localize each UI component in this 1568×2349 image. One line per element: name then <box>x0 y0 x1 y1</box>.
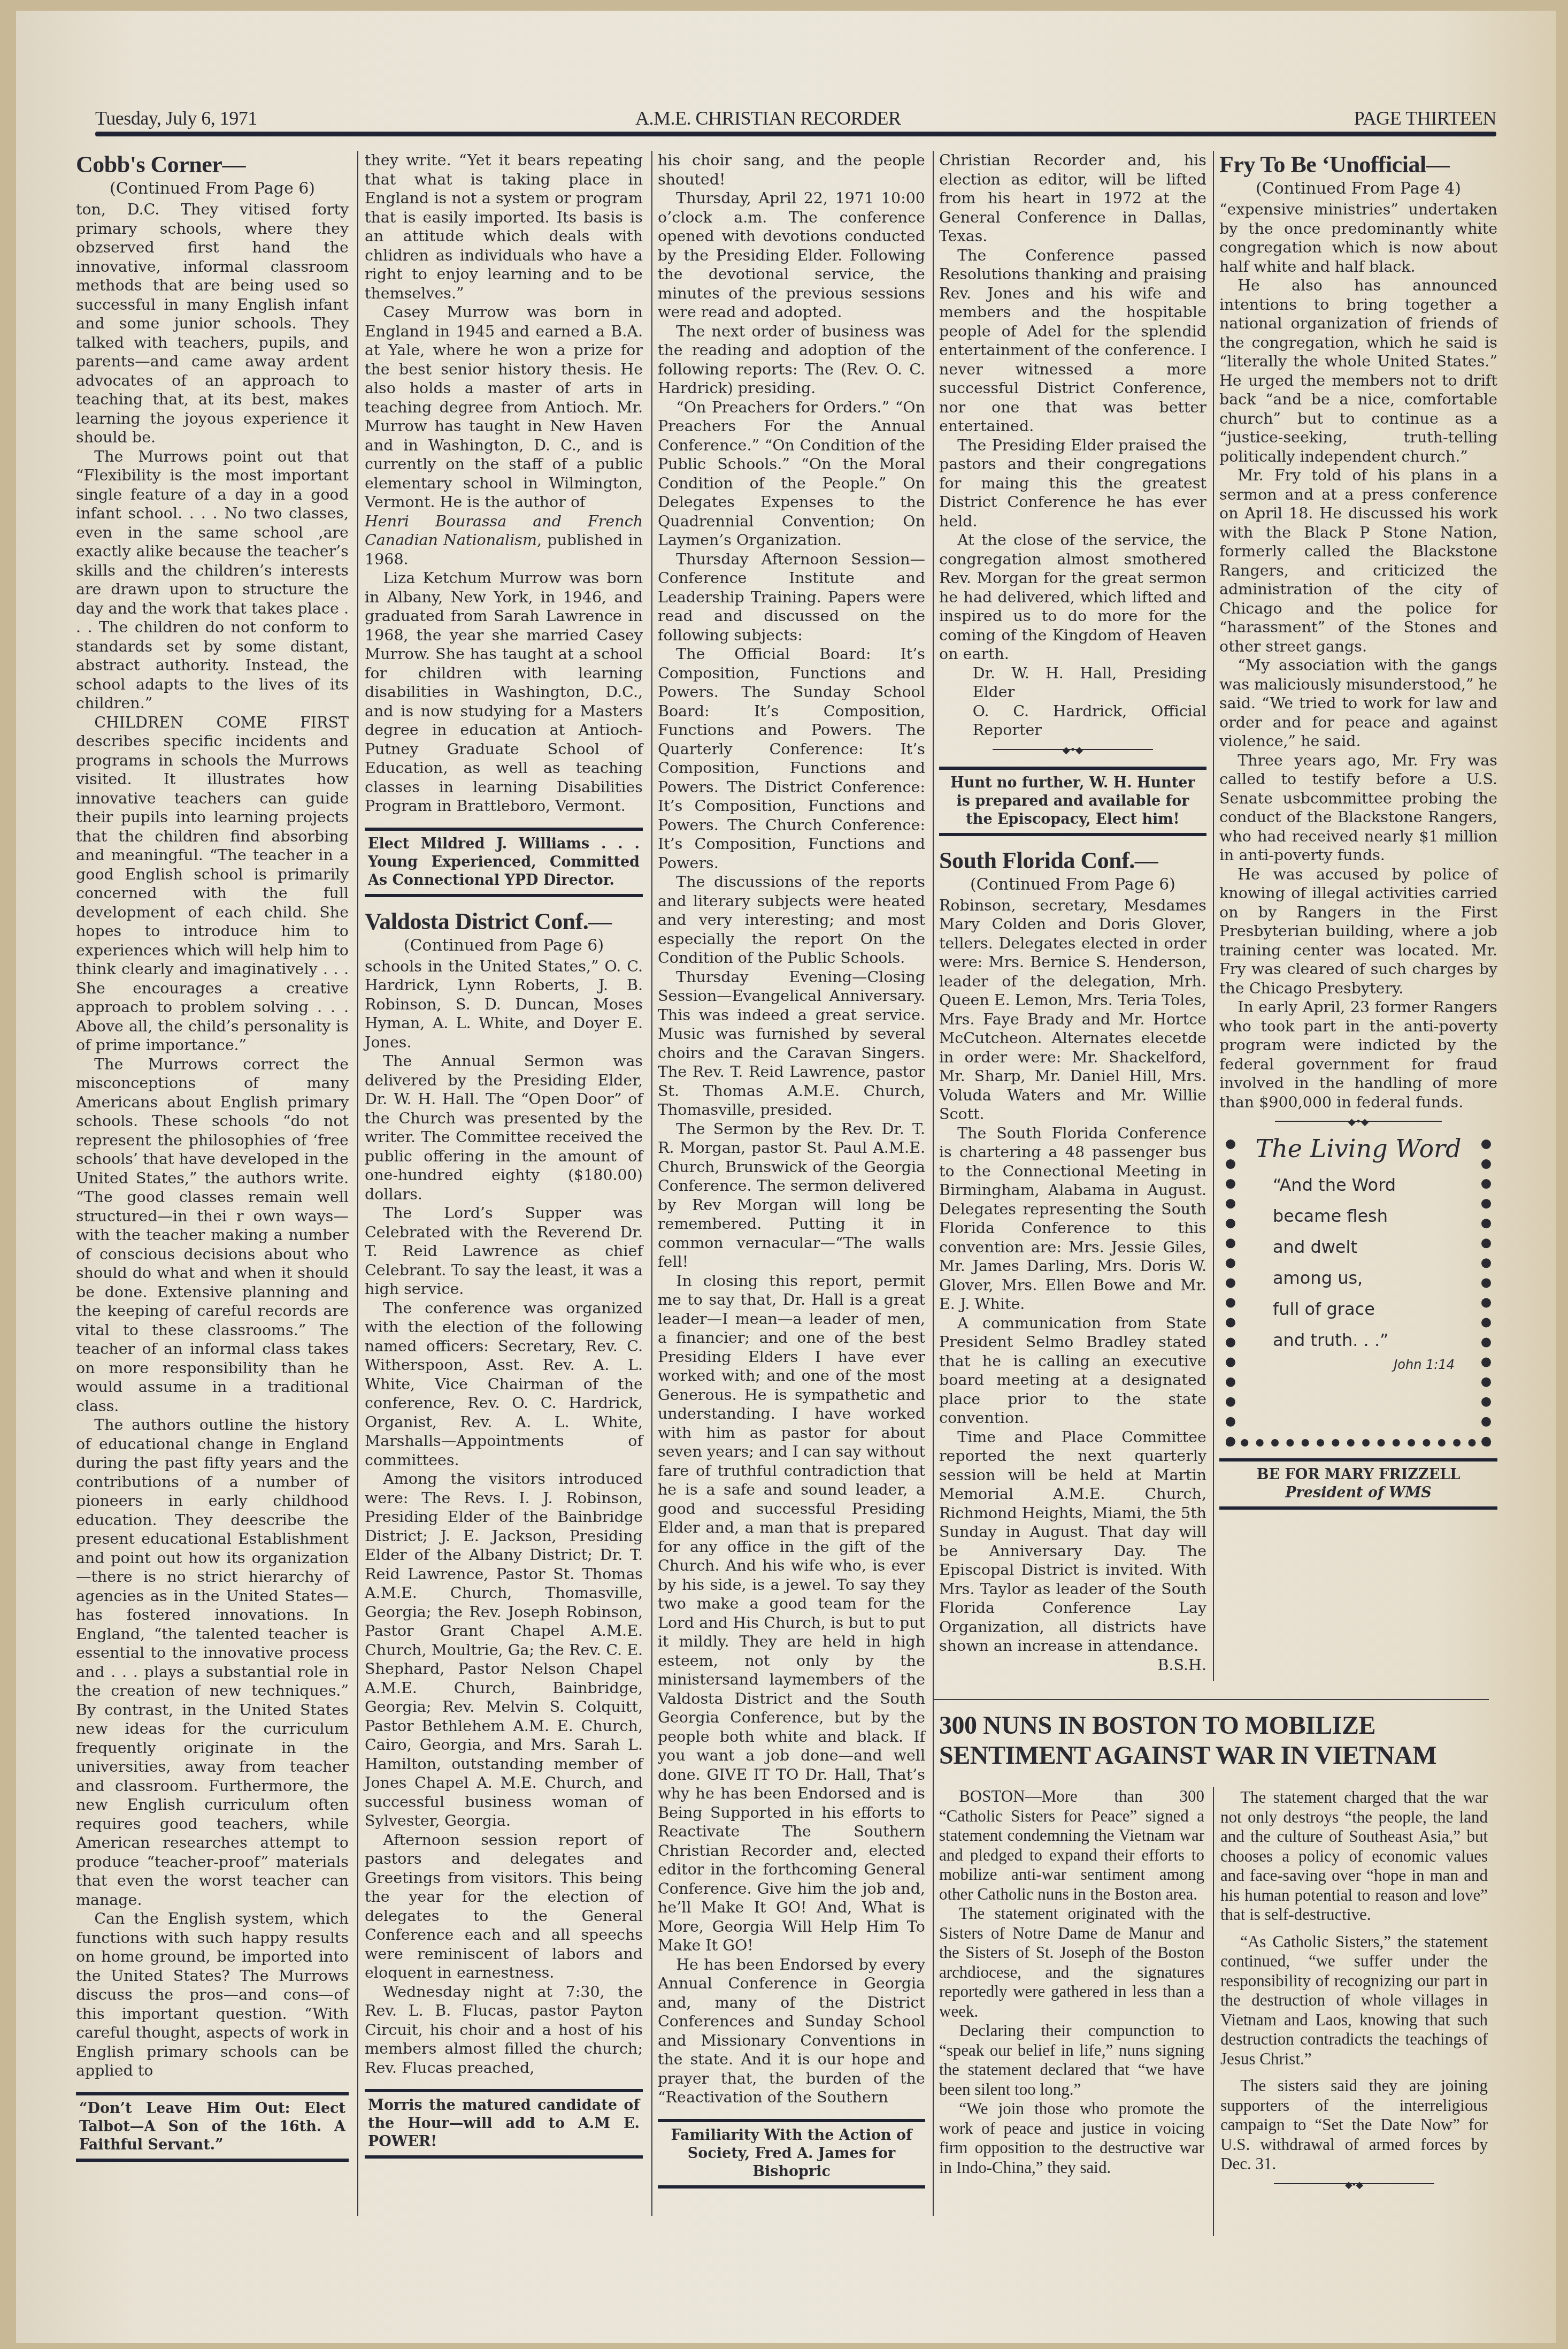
living-word-verse: “And the Word became flesh and dwelt amo… <box>1246 1169 1471 1356</box>
column-divider <box>933 151 934 2216</box>
article-paragraph: The Murrows point out that “Flexibility … <box>76 447 349 713</box>
living-word-title: The Living Word <box>1246 1139 1471 1159</box>
column-divider <box>1213 1787 1214 2236</box>
section-rule <box>933 1699 1489 1700</box>
article-paragraph: schools in the United States,” O. C. Har… <box>365 957 643 1052</box>
article-paragraph: The Presiding Elder praised the pastors … <box>939 436 1206 531</box>
article-paragraph: “As Catholic Sisters,” the statement con… <box>1220 1932 1488 2069</box>
article-paragraph: “My association with the gangs was malic… <box>1219 656 1497 751</box>
article-paragraph: Thursday Afternoon Session—Conference In… <box>658 550 925 645</box>
article-paragraph: The South Florida Conference is charteri… <box>939 1124 1206 1314</box>
article-paragraph: The statement originated with the Sister… <box>939 1904 1204 2021</box>
living-word-box: The Living Word “And the Word became fle… <box>1226 1139 1491 1447</box>
article-paragraph: The authors outline the history of educa… <box>76 1415 349 1909</box>
article-paragraph: Time and Place Committee reported the ne… <box>939 1428 1206 1656</box>
article-paragraph: The Sermon by the Rev. Dr. T. R. Morgan,… <box>658 1120 925 1272</box>
article-paragraph: Robinson, secretary, Mesdames Mary Colde… <box>939 896 1206 1124</box>
article-paragraph: “On Preachers for Orders.” “On Preachers… <box>658 398 925 550</box>
continued-note: (Continued From Page 6) <box>939 875 1206 895</box>
article-paragraph: Casey Murrow was born in England in 1945… <box>365 303 643 512</box>
article-paragraph: In early April, 23 former Rangers who to… <box>1219 998 1497 1112</box>
article-paragraph: Thursday Evening—Closing Session—Evangel… <box>658 968 925 1120</box>
cobbs-corner-headline: Cobb's Corner— <box>76 151 349 179</box>
page-number: PAGE THIRTEEN <box>1354 107 1496 129</box>
article-paragraph: Can the English system, which functions … <box>76 1909 349 2080</box>
article-paragraph: The Lord’s Supper was Celebrated with th… <box>365 1204 643 1299</box>
article-paragraph: Wednesday night at 7:30, the Rev. L. B. … <box>365 1983 643 2078</box>
article-paragraph: He also has announced intentions to brin… <box>1219 276 1497 466</box>
article-paragraph: The statement charged that the war not o… <box>1220 1788 1488 1925</box>
fry-headline: Fry To Be ‘Unofficial— <box>1219 151 1497 179</box>
article-paragraph: Three years ago, Mr. Fry was called to t… <box>1219 751 1497 865</box>
article-paragraph: Thursday, April 22, 1971 10:00 o’clock a… <box>658 189 925 322</box>
article-paragraph: The Murrows correct the misconceptions o… <box>76 1055 349 1416</box>
article-paragraph: Among the visitors introduced were: The … <box>365 1470 643 1831</box>
article-paragraph: In closing this report, permit me to say… <box>658 1272 925 1955</box>
article-paragraph: The Official Board: It’s Composition, Fu… <box>658 645 925 873</box>
article-paragraph: At the close of the service, the congreg… <box>939 531 1206 664</box>
signature-hardrick: O. C. Hardrick, Official Reporter <box>939 702 1206 740</box>
article-paragraph: Declaring their compunction to “speak ou… <box>939 2021 1204 2099</box>
nuns-headline: 300 NUNS IN BOSTON TO MOBILIZE SENTIMENT… <box>939 1711 1495 1771</box>
article-paragraph: A communication from State President Sel… <box>939 1314 1206 1428</box>
article-paragraph: “We join those who promote the work of p… <box>939 2099 1204 2177</box>
newspaper-page: Tuesday, July 6, 1971 A.M.E. CHRISTIAN R… <box>16 11 1556 2343</box>
article-paragraph: his choir sang, and the people shouted! <box>658 151 925 189</box>
article-paragraph: The Annual Sermon was delivered by the P… <box>365 1052 643 1204</box>
nuns-column-left: BOSTON—More than 300 “Catholic Sisters f… <box>939 1787 1204 2177</box>
ornament-divider <box>1275 1116 1442 1127</box>
column-1: Cobb's Corner— (Continued From Page 6) t… <box>76 151 349 2172</box>
column-divider <box>1213 151 1214 1681</box>
south-florida-headline: South Florida Conf.— <box>939 847 1206 875</box>
article-paragraph: He has been Endorsed by every Annual Con… <box>658 1955 925 2107</box>
ad-frizzell: BE FOR MARY FRIZZELL President of WMS <box>1219 1458 1497 1510</box>
nuns-column-right: The statement charged that the war not o… <box>1220 1788 1488 2193</box>
article-paragraph: “expensive ministries” undertaken by the… <box>1219 200 1497 276</box>
article-paragraph: Liza Ketchum Murrow was born in Albany, … <box>365 569 643 816</box>
column-divider <box>651 151 652 2216</box>
ornament-divider <box>993 744 1153 755</box>
article-paragraph: Christian Recorder and, his election as … <box>939 151 1206 246</box>
publication-name: A.M.E. CHRISTIAN RECORDER <box>635 107 901 129</box>
article-paragraph: Afternoon session report of pastors and … <box>365 1831 643 1983</box>
article-paragraph: The sisters said they are joining suppor… <box>1220 2076 1488 2174</box>
article-paragraph: CHILDREN COME FIRST describes specific i… <box>76 713 349 1055</box>
article-paragraph: BOSTON—More than 300 “Catholic Sisters f… <box>939 1787 1204 1904</box>
column-5: Fry To Be ‘Unofficial— (Continued From P… <box>1219 151 1497 1520</box>
ad-williams: Elect Mildred J. Williams . . . Young Ex… <box>365 828 643 897</box>
issue-date: Tuesday, July 6, 1971 <box>95 107 257 129</box>
byline: B.S.H. <box>939 1656 1206 1675</box>
column-3: his choir sang, and the people shouted! … <box>658 151 925 2199</box>
ad-hunter: Hunt no further, W. H. Hunter is prepare… <box>939 767 1206 836</box>
article-paragraph: ton, D.C. They vitised forty primary sch… <box>76 200 349 447</box>
valdosta-headline: Valdosta District Conf.— <box>365 908 643 936</box>
column-divider <box>357 151 358 2216</box>
page-header: Tuesday, July 6, 1971 A.M.E. CHRISTIAN R… <box>95 107 1496 134</box>
ornament-divider <box>1274 2178 1434 2189</box>
ad-morris: Morris the matured candidate of the Hour… <box>365 2089 643 2159</box>
ad-talbot: “Don’t Leave Him Out: Elect Talbot—A Son… <box>76 2092 349 2162</box>
continued-note: (Continued From Page 6) <box>76 179 349 199</box>
article-paragraph: Mr. Fry told of his plans in a sermon an… <box>1219 466 1497 656</box>
scripture-reference: John 1:14 <box>1246 1356 1471 1375</box>
article-paragraph: The discussions of the reports and liter… <box>658 873 925 968</box>
article-paragraph: they write. “Yet it bears repeating that… <box>365 151 643 303</box>
continued-note: (Continued from Page 6) <box>365 936 643 956</box>
article-paragraph: The conference was organized with the el… <box>365 1299 643 1470</box>
article-paragraph: He was accused by police of knowing of i… <box>1219 865 1497 998</box>
column-2: they write. “Yet it bears repeating that… <box>365 151 643 2169</box>
article-paragraph: The Conference passed Resolutions thanki… <box>939 246 1206 436</box>
ad-james: Familiarity With the Action of Society, … <box>658 2119 925 2189</box>
header-rule <box>95 132 1496 136</box>
signature-hall: Dr. W. H. Hall, Presiding Elder <box>939 664 1206 702</box>
continued-note: (Continued From Page 4) <box>1219 179 1497 199</box>
column-4: Christian Recorder and, his election as … <box>939 151 1206 1674</box>
article-paragraph: The next order of business was the readi… <box>658 322 925 398</box>
